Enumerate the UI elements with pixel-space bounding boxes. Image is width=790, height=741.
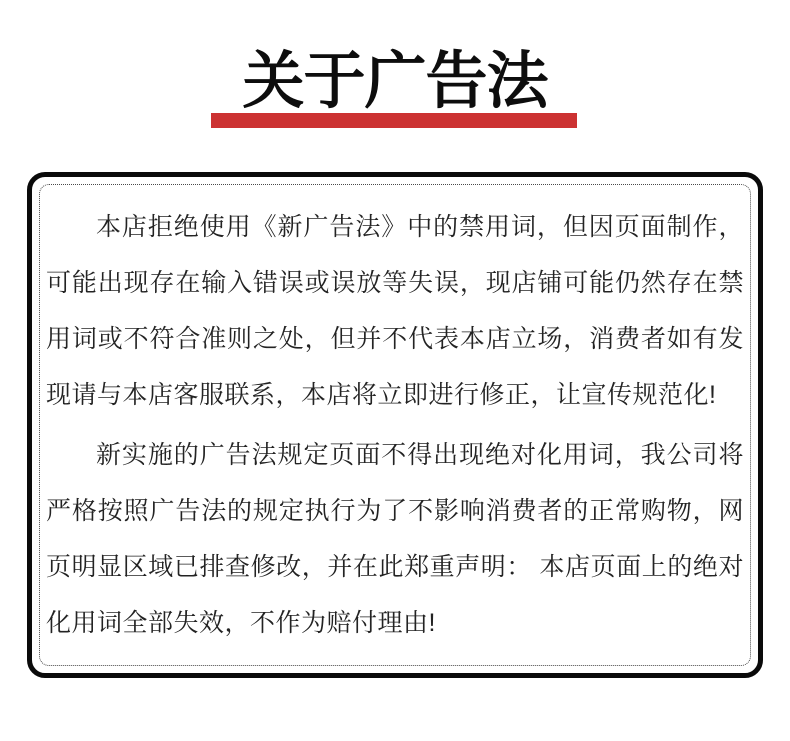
notice-box: 本店拒绝使用《新广告法》中的禁用词，但因页面制作，可能出现存在输入错误或误放等失… [27,172,763,678]
page-title-section: 关于广告法 [0,0,790,134]
notice-paragraph-2: 新实施的广告法规定页面不得出现绝对化用词，我公司将严格按照广告法的规定执行为了不… [46,427,744,651]
title-wrap: 关于广告法 [242,46,547,134]
notice-box-dotted-border: 本店拒绝使用《新广告法》中的禁用词，但因页面制作，可能出现存在输入错误或误放等失… [39,184,751,666]
advertising-law-notice-page: 关于广告法 本店拒绝使用《新广告法》中的禁用词，但因页面制作，可能出现存在输入错… [0,0,790,741]
notice-paragraph-1: 本店拒绝使用《新广告法》中的禁用词，但因页面制作，可能出现存在输入错误或误放等失… [46,199,744,423]
page-title: 关于广告法 [242,47,547,116]
